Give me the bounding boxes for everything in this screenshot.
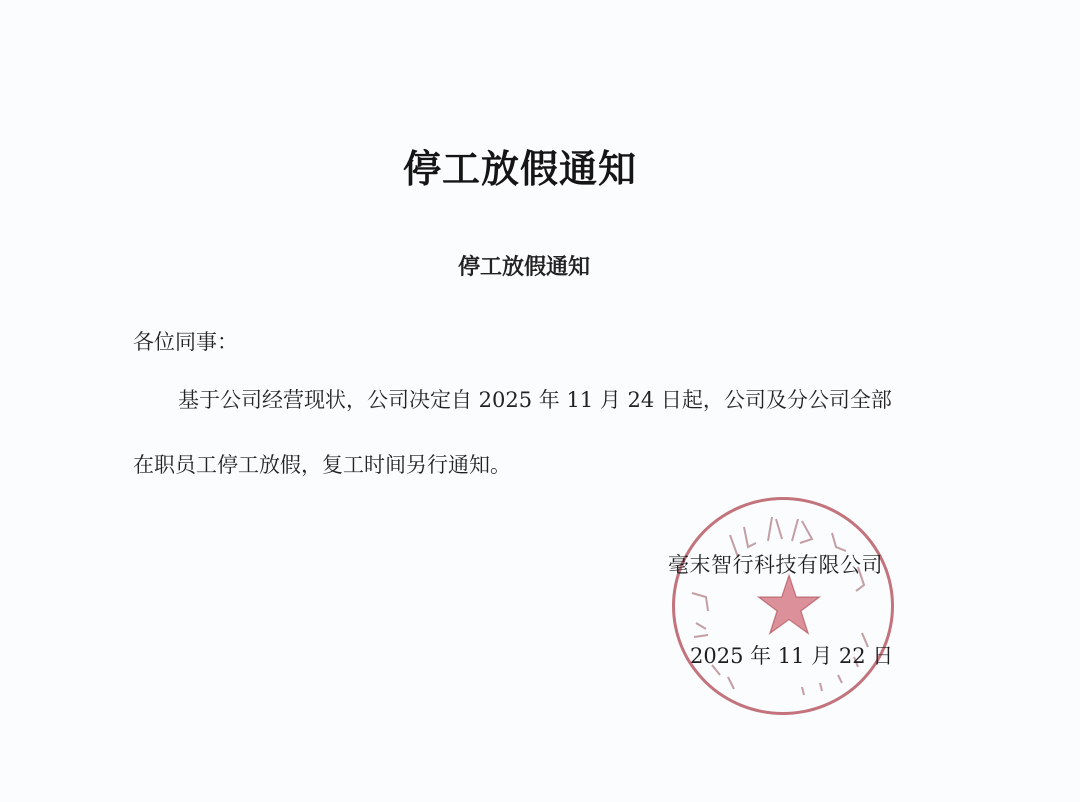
notice-subtitle: 停工放假通知 [0,250,1048,281]
page-title: 停工放假通知 [0,138,1040,193]
notice-body-line-1: 基于公司经营现状，公司决定自 2025 年 11 月 24 日起，公司及分公司全… [178,384,892,414]
notice-document: 停工放假通知 停工放假通知 各位同事： 基于公司经营现状，公司决定自 2025 … [0,0,1080,802]
signature-date: 2025 年 11 月 22 日 [690,640,893,670]
salutation: 各位同事： [133,326,238,356]
notice-body-line-2: 在职员工停工放假，复工时间另行通知。 [133,449,511,479]
company-name: 毫末智行科技有限公司 [668,549,883,579]
seal-star-icon [756,572,822,638]
